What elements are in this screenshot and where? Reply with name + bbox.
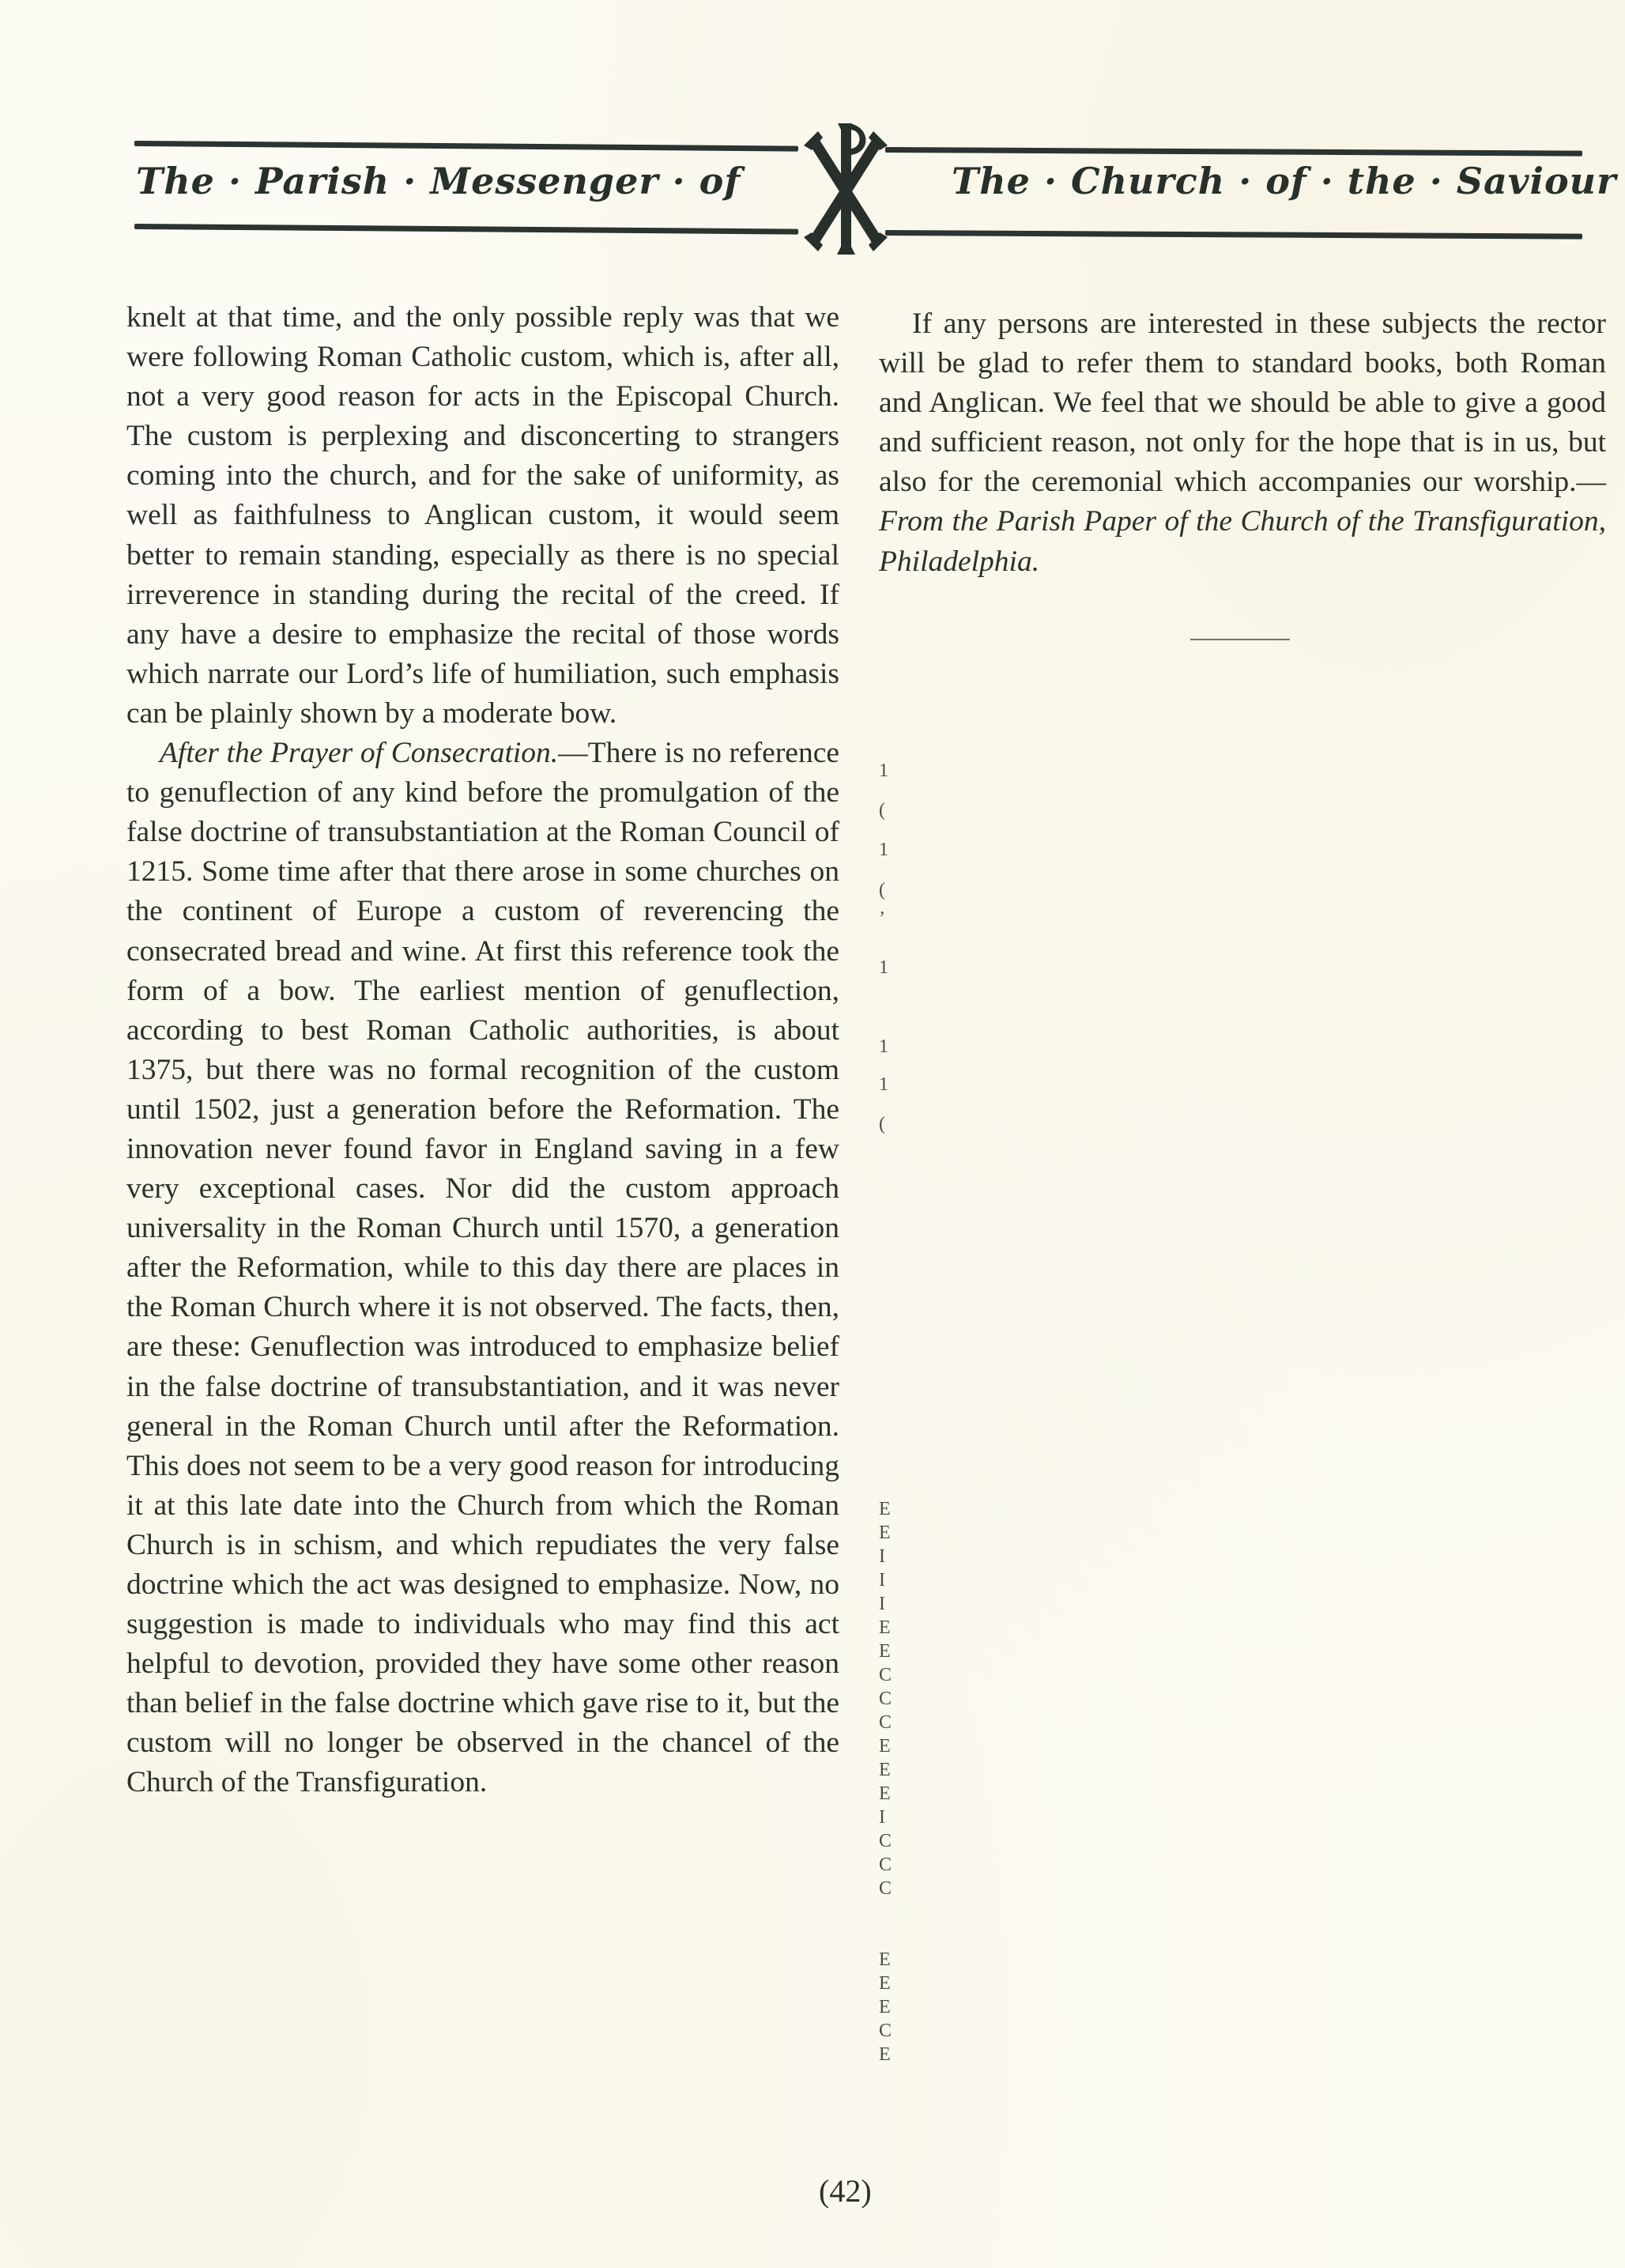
bleed-through-mark: I [879, 1594, 885, 1613]
bleed-through-mark: E [879, 1784, 891, 1803]
bleed-through-mark: E [879, 1642, 891, 1661]
bleed-through-mark: C [879, 2021, 892, 2040]
bleed-through-mark: C [879, 1713, 892, 1732]
section-heading: After the Prayer of Consecration. [160, 737, 558, 769]
bleed-through-mark: E [879, 1523, 891, 1542]
bleed-through-mark: E [879, 1998, 891, 2017]
bleed-through-mark: E [879, 2045, 891, 2064]
chi-rho-icon [802, 114, 889, 264]
bleed-through-mark: E [879, 1760, 891, 1779]
bleed-through-mark: E [879, 1737, 891, 1756]
right-column: If any persons are interested in these s… [879, 304, 1606, 582]
bleed-through-mark: 1 [879, 958, 888, 977]
paragraph-text: knelt at that time, and the only possibl… [126, 301, 839, 730]
paragraph-text: —There is no reference to genuflection o… [126, 737, 839, 1798]
bleed-through-mark: I [879, 1808, 885, 1827]
bleed-through-mark: E [879, 1950, 891, 1969]
bleed-through-mark: ( [879, 801, 885, 820]
bleed-through-mark: E [879, 1974, 891, 1993]
left-column: knelt at that time, and the only possibl… [126, 298, 839, 1803]
masthead-title-right: The · Church · of · the · Saviour [952, 160, 1616, 202]
masthead-rule-top-left [134, 141, 798, 152]
bleed-through-mark: ( [879, 881, 885, 900]
bleed-through-mark: 1 [879, 1075, 888, 1094]
bleed-through-mark: C [879, 1689, 892, 1708]
source-citation: From the Parish Paper of the Church of t… [879, 505, 1606, 577]
masthead-rule-bottom-right [885, 230, 1582, 240]
bleed-through-mark: I [879, 1547, 885, 1566]
bleed-through-mark: C [879, 1666, 892, 1685]
bleed-through-mark: E [879, 1500, 891, 1519]
bleed-through-mark: 1 [879, 840, 888, 859]
paragraph-standing-creed: knelt at that time, and the only possibl… [126, 298, 839, 734]
masthead-rule-top-right [885, 147, 1582, 157]
paragraph-prayer-of-consecration: After the Prayer of Consecration.—There … [126, 734, 839, 1803]
page: The · Parish · Messenger · of [0, 0, 1625, 2268]
bleed-through-mark: C [879, 1855, 892, 1874]
bleed-through-mark: 1 [879, 761, 888, 780]
masthead-title-left: The · Parish · Messenger · of [136, 160, 741, 202]
bleed-through-mark: ’ [879, 909, 885, 928]
page-number: (42) [819, 2172, 872, 2210]
bleed-through-mark: I [879, 1571, 885, 1590]
bleed-through-mark: ( [879, 1115, 885, 1134]
bleed-through-mark: E [879, 1618, 891, 1637]
bleed-through-mark: C [879, 1879, 892, 1898]
bleed-through-mark: C [879, 1832, 892, 1851]
masthead-rule-bottom-left [134, 224, 798, 235]
masthead: The · Parish · Messenger · of [134, 119, 1604, 269]
paragraph-text: If any persons are interested in these s… [879, 308, 1606, 498]
bleed-through-mark: 1 [879, 1037, 888, 1056]
paragraph-closing: If any persons are interested in these s… [879, 304, 1606, 582]
section-divider [1190, 639, 1290, 640]
